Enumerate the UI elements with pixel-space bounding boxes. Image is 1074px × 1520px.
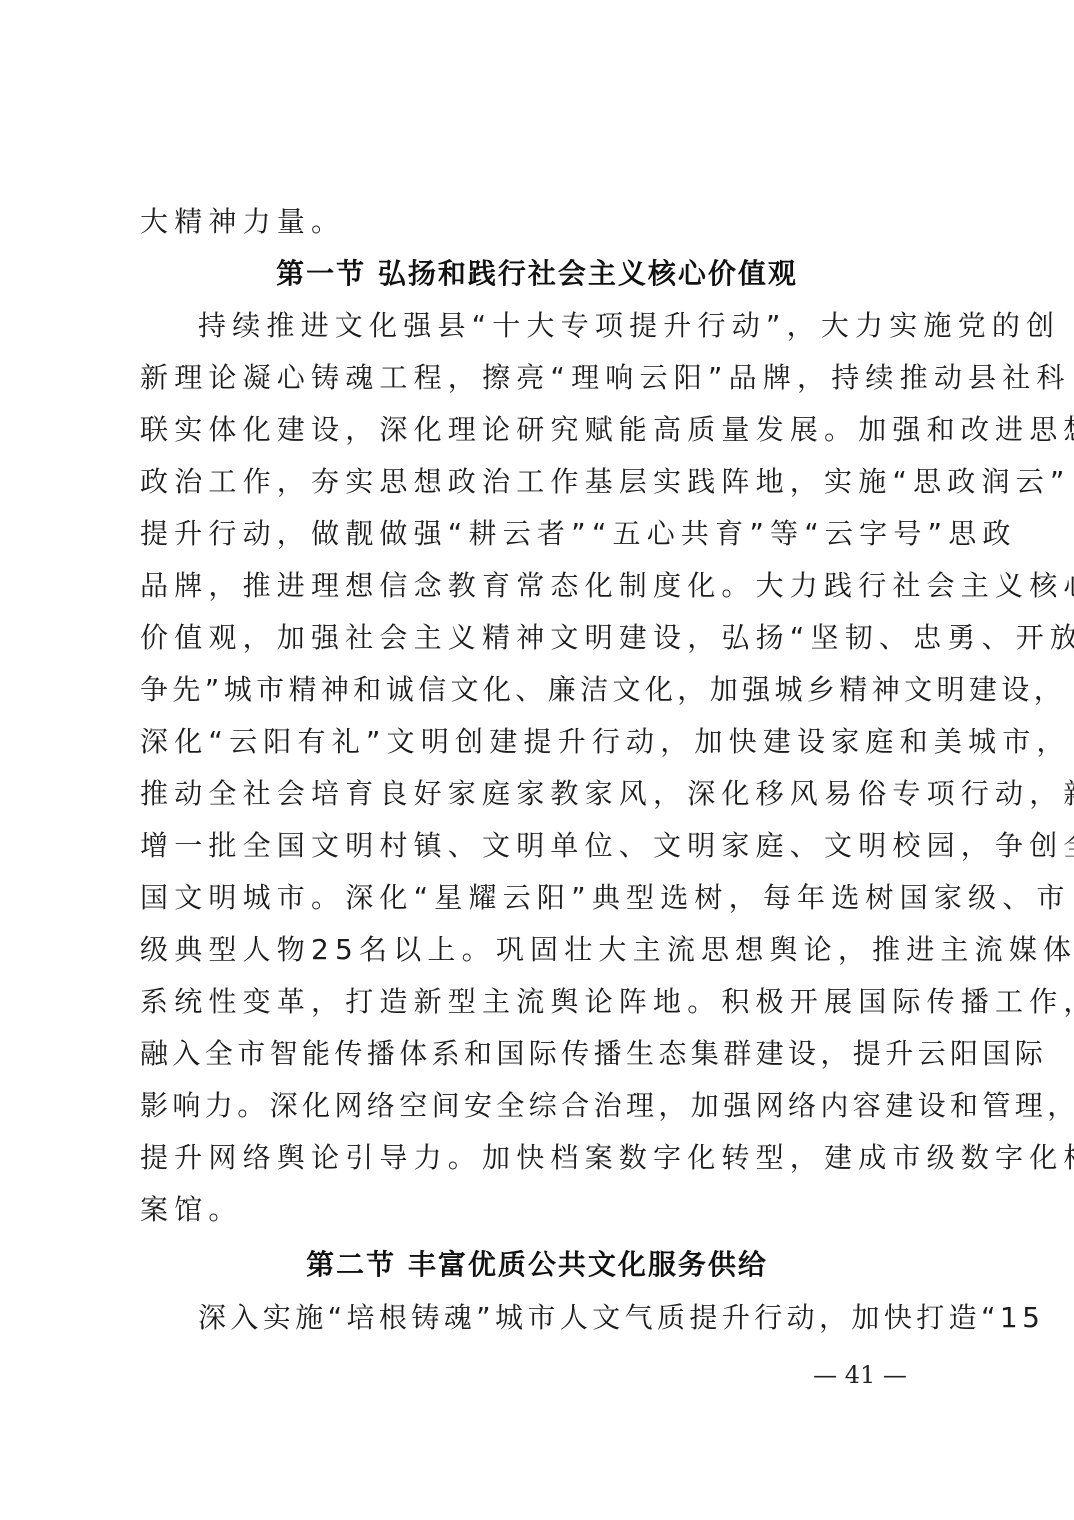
page-number: — 41 — (800, 1360, 920, 1390)
paragraph-line: 联实体化建设，深化理论研究赋能高质量发展。加强和改进思想 (140, 410, 940, 450)
paragraph-line: 国文明城市。深化“星耀云阳”典型选树，每年选树国家级、市 (140, 878, 940, 918)
paragraph-line: 增一批全国文明村镇、文明单位、文明家庭、文明校园，争创全 (140, 826, 940, 866)
paragraph-line: 推动全社会培育良好家庭家教家风，深化移风易俗专项行动，新 (140, 774, 940, 814)
paragraph-line: 品牌，推进理想信念教育常态化制度化。大力践行社会主义核心 (140, 566, 940, 606)
section-heading-2: 第二节 丰富优质公共文化服务供给 (0, 1245, 1074, 1285)
paragraph-line: 持续推进文化强县“十大专项提升行动”，大力实施党的创 (198, 306, 940, 346)
paragraph-line: 影响力。深化网络空间安全综合治理，加强网络内容建设和管理， (140, 1086, 940, 1126)
paragraph-line: 深化“云阳有礼”文明创建提升行动，加快建设家庭和美城市， (140, 722, 940, 762)
paragraph-line: 价值观，加强社会主义精神文明建设，弘扬“坚韧、忠勇、开放、 (140, 618, 940, 658)
paragraph-line: 提升行动，做靓做强“耕云者”“五心共育”等“云字号”思政 (140, 514, 940, 554)
paragraph-line: 争先”城市精神和诚信文化、廉洁文化，加强城乡精神文明建设， (140, 670, 940, 710)
paragraph-line: 案馆。 (140, 1190, 940, 1230)
paragraph-line: 政治工作，夯实思想政治工作基层实践阵地，实施“思政润云” (140, 462, 940, 502)
section-heading-1: 第一节 弘扬和践行社会主义核心价值观 (0, 254, 1074, 294)
paragraph-line: 融入全市智能传播体系和国际传播生态集群建设，提升云阳国际 (140, 1034, 940, 1074)
paragraph-line: 系统性变革，打造新型主流舆论阵地。积极开展国际传播工作， (140, 982, 940, 1022)
document-page: 大精神力量。 第一节 弘扬和践行社会主义核心价值观 持续推进文化强县“十大专项提… (0, 0, 1074, 1520)
paragraph-line: 提升网络舆论引导力。加快档案数字化转型，建成市级数字化档 (140, 1138, 940, 1178)
paragraph-line: 深入实施“培根铸魂”城市人文气质提升行动，加快打造“15 (198, 1298, 940, 1338)
paragraph-line: 级典型人物25名以上。巩固壮大主流思想舆论，推进主流媒体 (140, 930, 940, 970)
paragraph-line-carryover: 大精神力量。 (140, 202, 940, 242)
paragraph-line: 新理论凝心铸魂工程，擦亮“理响云阳”品牌，持续推动县社科 (140, 358, 940, 398)
